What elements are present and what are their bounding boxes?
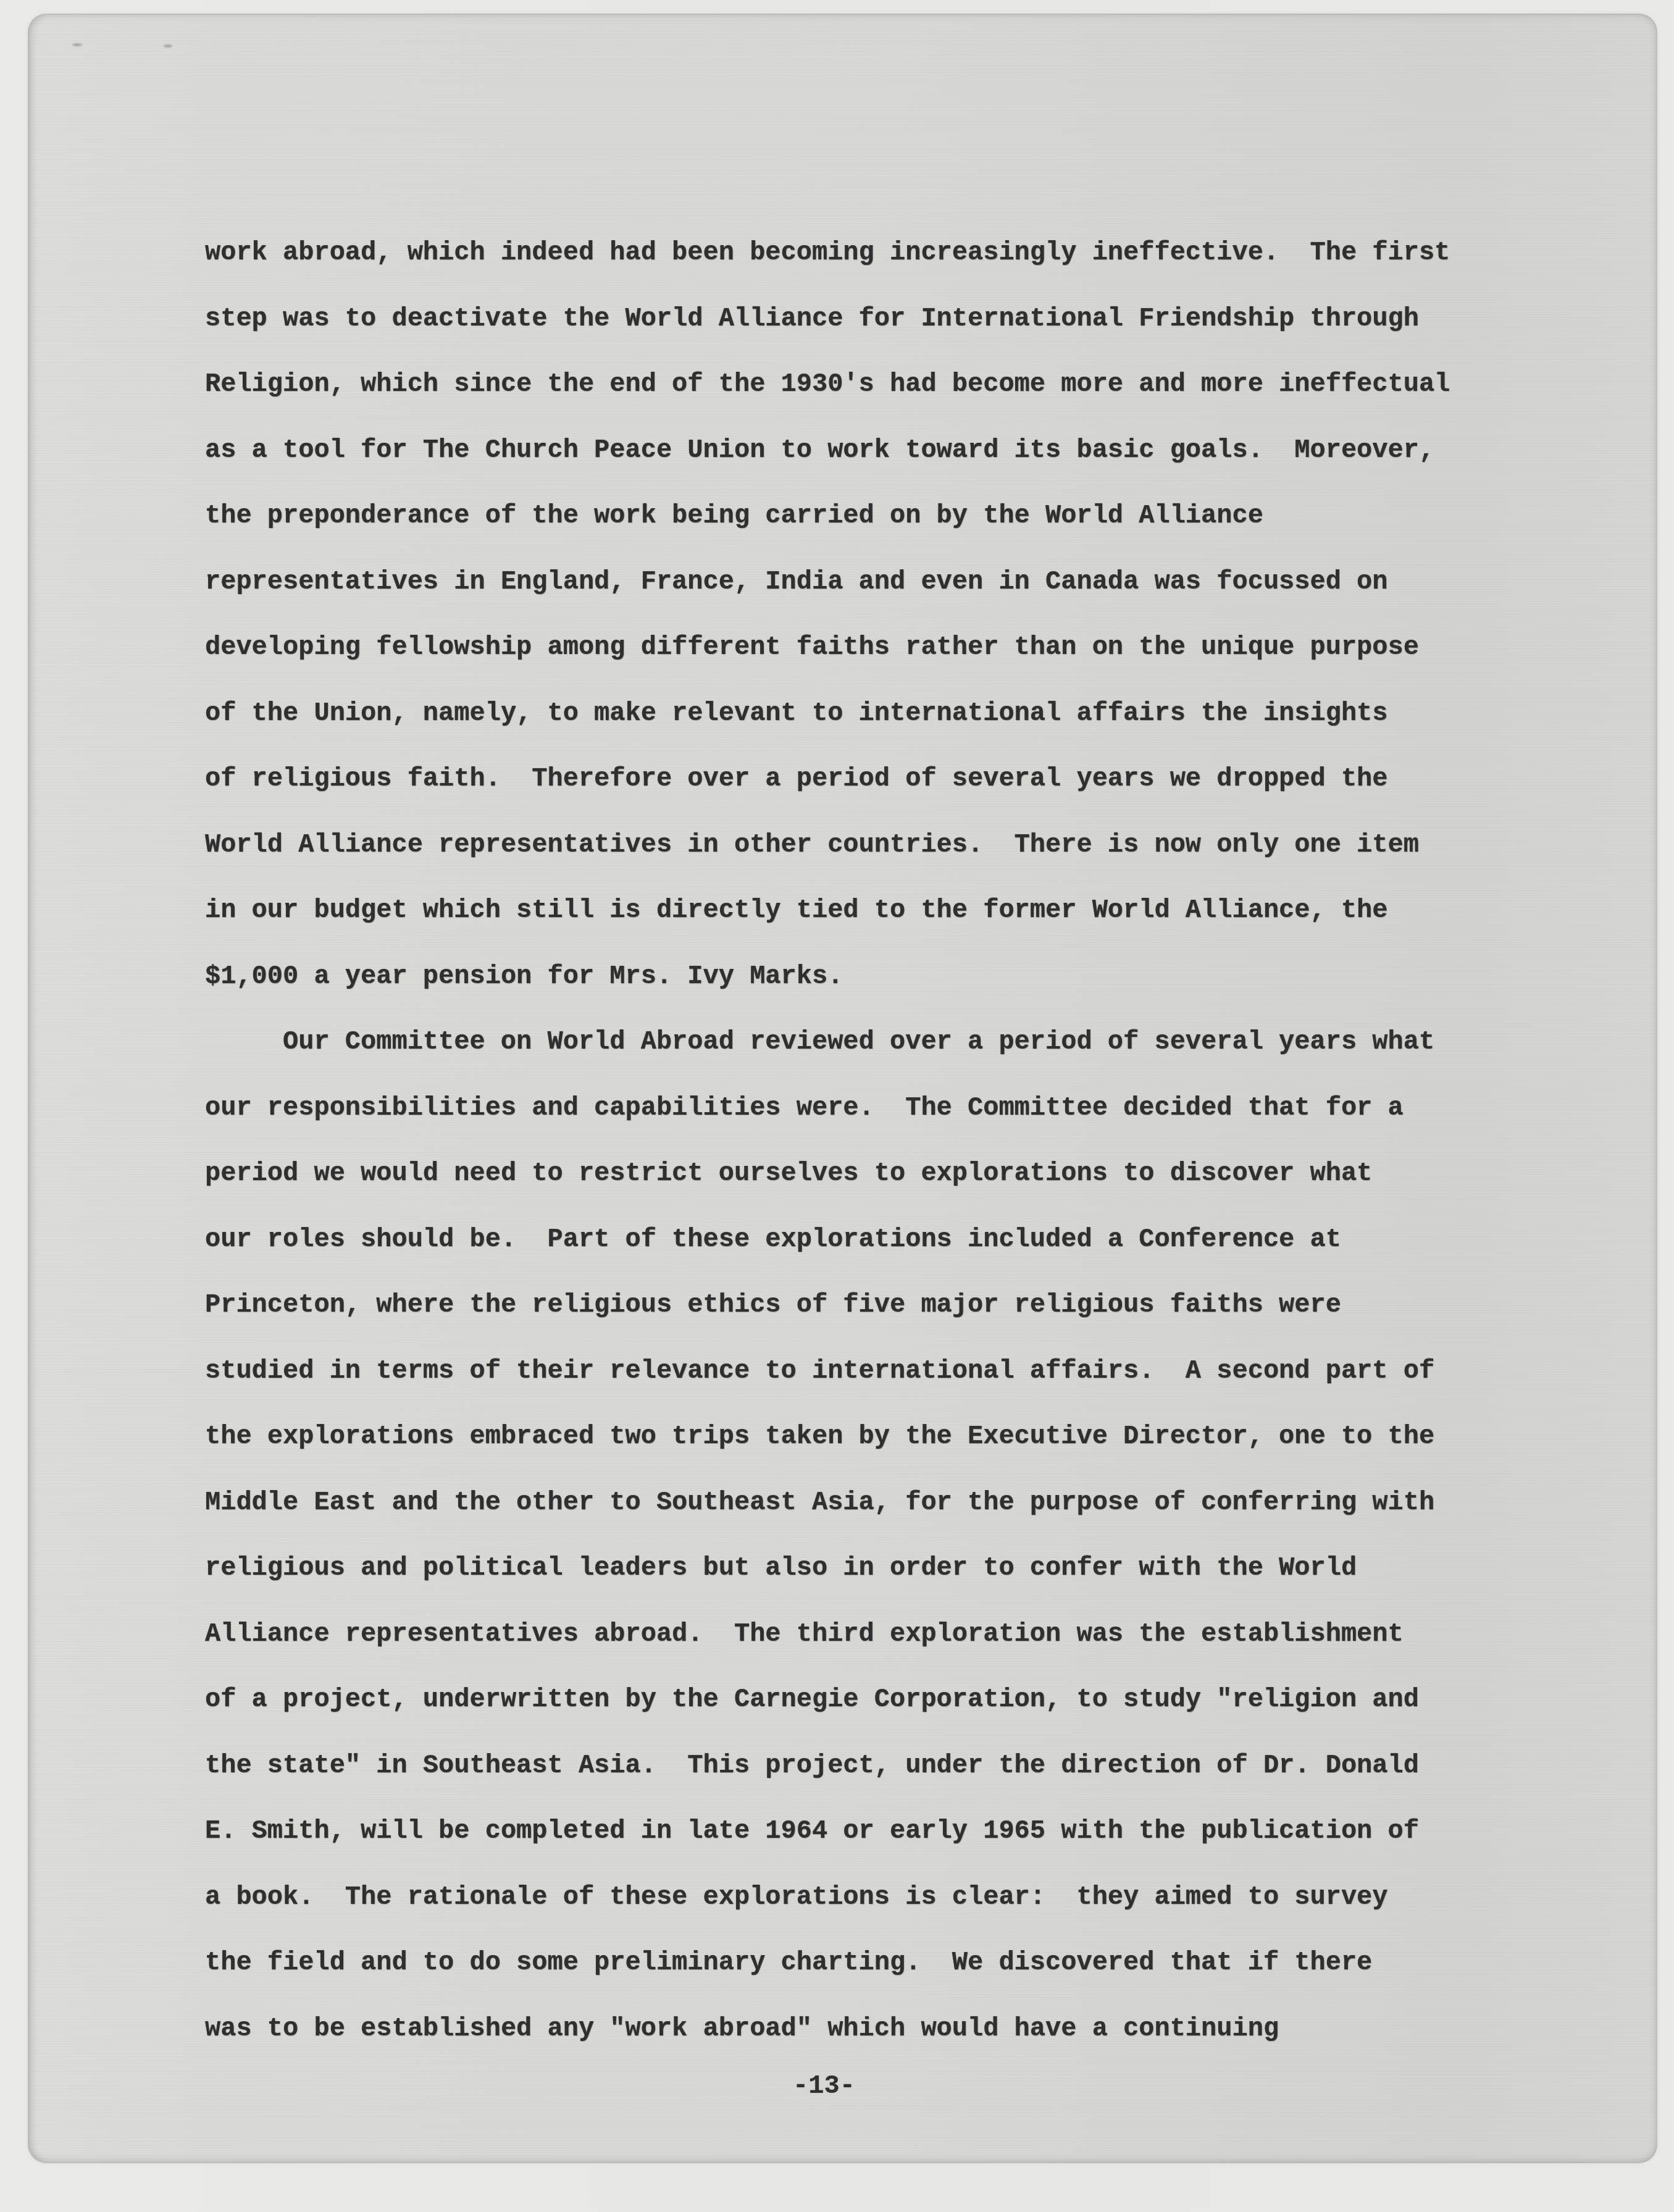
paragraph: work abroad, which indeed had been becom… <box>205 220 1502 1009</box>
text-line: of the Union, namely, to make relevant t… <box>205 681 1502 747</box>
page-number: -13- <box>29 2071 1656 2101</box>
text-line: period we would need to restrict ourselv… <box>205 1141 1502 1207</box>
text-line: Princeton, where the religious ethics of… <box>205 1272 1502 1338</box>
text-line: our responsibilities and capabilities we… <box>205 1075 1502 1141</box>
text-line: the state" in Southeast Asia. This proje… <box>205 1733 1502 1799</box>
text-line: $1,000 a year pension for Mrs. Ivy Marks… <box>205 944 1502 1010</box>
text-line: E. Smith, will be completed in late 1964… <box>205 1798 1502 1864</box>
text-line: representatives in England, France, Indi… <box>205 549 1502 615</box>
text-line: in our budget which still is directly ti… <box>205 878 1502 944</box>
text-line: religious and political leaders but also… <box>205 1535 1502 1601</box>
text-line: as a tool for The Church Peace Union to … <box>205 417 1502 484</box>
scan-background: work abroad, which indeed had been becom… <box>0 0 1674 2212</box>
text-line: the preponderance of the work being carr… <box>205 483 1502 549</box>
text-line: was to be established any "work abroad" … <box>205 1996 1502 2062</box>
text-line: Religion, which since the end of the 193… <box>205 351 1502 417</box>
text-line: Middle East and the other to Southeast A… <box>205 1470 1502 1536</box>
text-line: of a project, underwritten by the Carneg… <box>205 1667 1502 1733</box>
paper-speck <box>72 43 82 46</box>
text-line: developing fellowship among different fa… <box>205 614 1502 681</box>
text-line: a book. The rationale of these explorati… <box>205 1864 1502 1930</box>
text-line: World Alliance representatives in other … <box>205 812 1502 878</box>
text-line: our roles should be. Part of these explo… <box>205 1207 1502 1273</box>
document-text: work abroad, which indeed had been becom… <box>205 220 1502 2061</box>
text-line: studied in terms of their relevance to i… <box>205 1338 1502 1404</box>
paragraph: Our Committee on World Abroad reviewed o… <box>205 1009 1502 2061</box>
paper-speck <box>164 44 172 48</box>
text-line: Alliance representatives abroad. The thi… <box>205 1601 1502 1667</box>
text-line: work abroad, which indeed had been becom… <box>205 220 1502 286</box>
text-line: the field and to do some preliminary cha… <box>205 1930 1502 1996</box>
text-line: the explorations embraced two trips take… <box>205 1404 1502 1470</box>
text-line: of religious faith. Therefore over a per… <box>205 746 1502 812</box>
text-line: Our Committee on World Abroad reviewed o… <box>205 1009 1502 1075</box>
document-page: work abroad, which indeed had been becom… <box>28 14 1657 2163</box>
text-line: step was to deactivate the World Allianc… <box>205 286 1502 352</box>
